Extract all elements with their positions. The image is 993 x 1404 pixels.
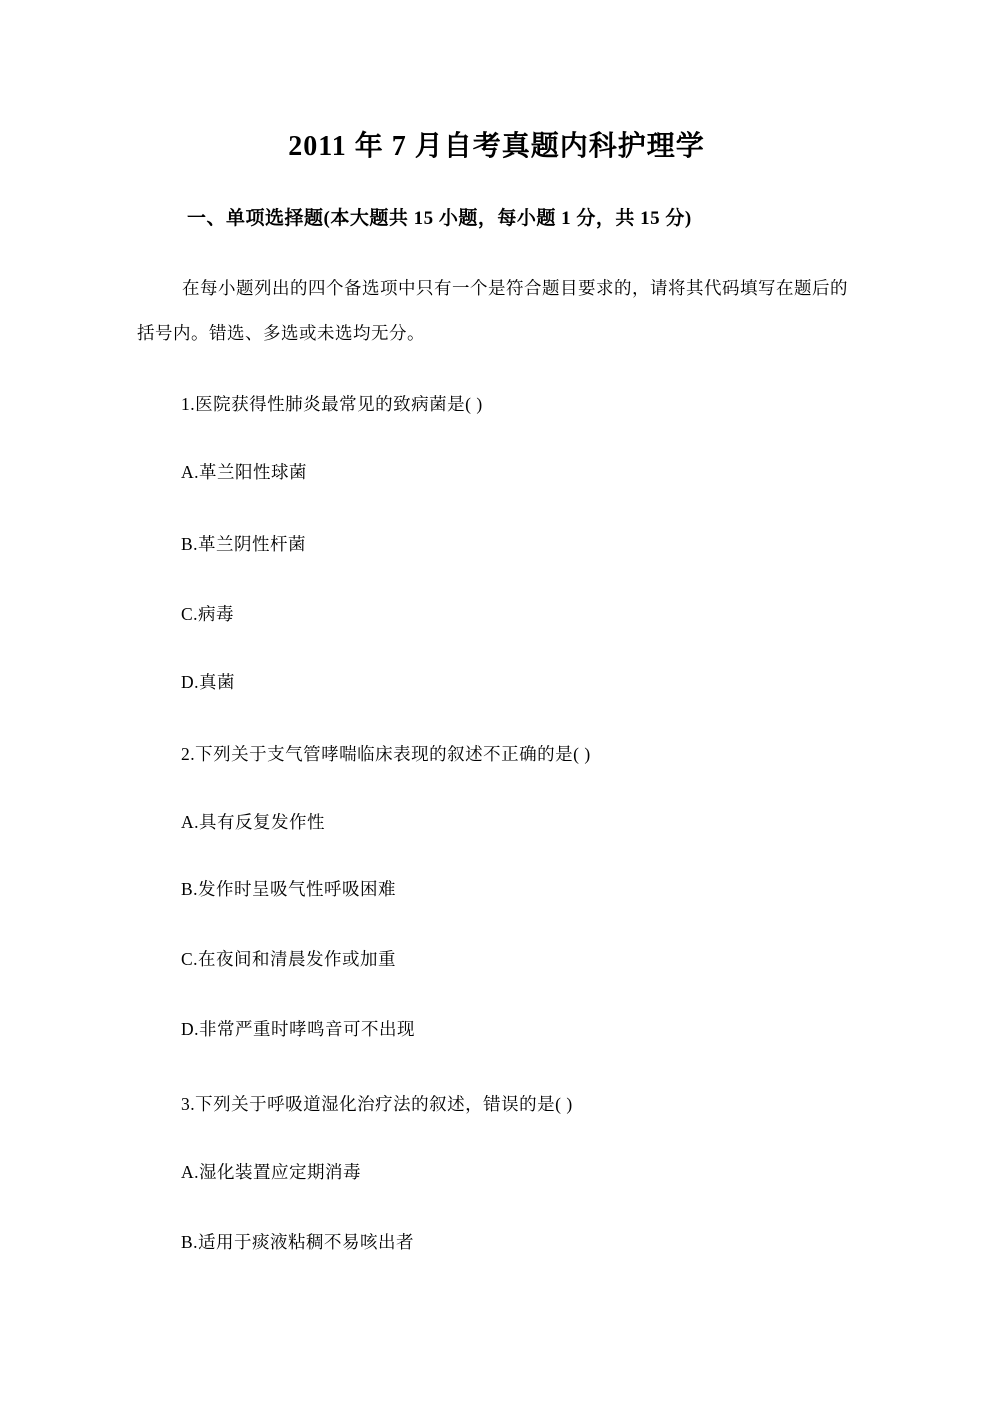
question-1-option-b: B.革兰阴性杆菌 (181, 536, 306, 554)
question-1-option-d: D.真菌 (181, 674, 235, 692)
question-2-option-b: B.发作时呈吸气性呼吸困难 (181, 881, 396, 899)
question-1-text: 1.医院获得性肺炎最常见的致病菌是( ) (181, 396, 483, 414)
section-heading: 一、单项选择题(本大题共 15 小题，每小题 1 分，共 15 分) (187, 209, 692, 228)
document-page: 2011 年 7 月自考真题内科护理学 一、单项选择题(本大题共 15 小题，每… (0, 0, 993, 1404)
question-3-text: 3.下列关于呼吸道湿化治疗法的叙述，错误的是( ) (181, 1096, 573, 1114)
question-2-option-d: D.非常严重时哮鸣音可不出现 (181, 1021, 415, 1039)
question-3-option-a: A.湿化装置应定期消毒 (181, 1164, 361, 1182)
question-1-option-c: C.病毒 (181, 606, 234, 624)
question-2-text: 2.下列关于支气管哮喘临床表现的叙述不正确的是( ) (181, 746, 591, 764)
question-2-option-a: A.具有反复发作性 (181, 814, 325, 832)
question-3-option-b: B.适用于痰液粘稠不易咳出者 (181, 1234, 414, 1252)
instructions-line-2: 括号内。错选、多选或未选均无分。 (137, 325, 425, 343)
question-1-option-a: A.革兰阳性球菌 (181, 464, 307, 482)
question-2-option-c: C.在夜间和清晨发作或加重 (181, 951, 396, 969)
document-title: 2011 年 7 月自考真题内科护理学 (0, 133, 993, 161)
instructions-line-1: 在每小题列出的四个备选项中只有一个是符合题目要求的，请将其代码填写在题后的 (182, 280, 848, 298)
